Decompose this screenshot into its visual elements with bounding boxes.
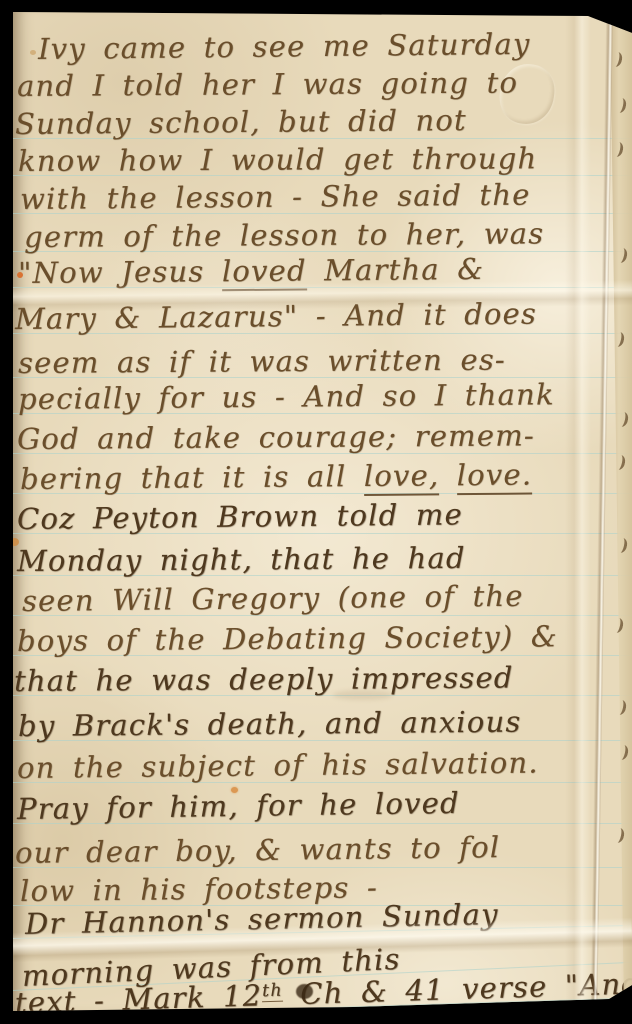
letter-page: Ivy came to see me Saturdayand I told he… <box>13 0 632 1024</box>
letter-text-segment: and I told her I was going to <box>17 66 518 103</box>
ink-smudge <box>333 690 393 700</box>
stain-orange-dot <box>17 272 23 278</box>
letter-text-segment: God and take courage; remem- <box>17 418 535 456</box>
scanned-letter: Ivy came to see me Saturdayand I told he… <box>0 0 632 1024</box>
adjacent-page-edge <box>610 10 632 1016</box>
letter-text-segment: seen Will Gregory (one of the <box>22 579 524 618</box>
letter-line: by Brack's death, and anxious <box>18 706 522 744</box>
underlined-word: loved <box>222 253 307 291</box>
letter-text-segment: know how I would get through <box>18 141 538 178</box>
letter-text-segment: germ of the lesson to her, was <box>24 216 544 254</box>
letter-line: know how I would get through <box>18 142 538 178</box>
letter-text-segment <box>439 458 457 492</box>
letter-text-segment: with the lesson - She said the <box>20 178 531 216</box>
stain-freckle <box>30 50 36 55</box>
letter-line: that he was deeply impressed <box>14 662 514 699</box>
page-fold-edge <box>590 8 613 1013</box>
ink-blot <box>296 984 313 999</box>
letter-line: pecially for us - And so I thank <box>18 378 555 416</box>
letter-text-segment: that he was deeply impressed <box>14 661 514 698</box>
letter-line: germ of the lesson to her, was <box>24 217 544 254</box>
letter-line: bering that it is all love, love. <box>20 459 532 497</box>
letter-line: our dear boy, & wants to fol <box>15 831 501 870</box>
letter-text-segment: on the subject of his salvation. <box>17 746 539 785</box>
letter-text-segment: text - Mark 12 <box>14 978 262 1020</box>
letter-line: Pray for him, for he loved <box>17 787 460 827</box>
letter-line: and I told her I was going to <box>17 67 518 104</box>
letter-text-segment: "Now Jesus <box>18 254 222 290</box>
letter-text-segment: Ivy came to see me Saturday <box>38 27 531 66</box>
stain-orange-dot <box>231 787 238 793</box>
letter-line: Ivy came to see me Saturday <box>38 28 531 66</box>
superscript-text: th <box>262 981 283 1003</box>
letter-text-segment: Monday night, that he had <box>17 541 466 578</box>
letter-line: seen Will Gregory (one of the <box>22 580 524 619</box>
letter-line: on the subject of his salvation. <box>17 747 539 786</box>
letter-text-segment: by Brack's death, and anxious <box>18 705 522 743</box>
letter-text-segment: Martha & <box>307 252 485 288</box>
letter-text-segment: boys of the Debating Society) & <box>17 619 558 658</box>
letter-line: Mary & Lazarus" - And it does <box>15 298 537 337</box>
letter-line: Coz Peyton Brown told me <box>17 498 463 536</box>
letter-text-segment: bering that it is all <box>20 459 364 496</box>
letter-line: "Now Jesus loved Martha & <box>18 253 485 290</box>
letter-line: Monday night, that he had <box>17 542 466 578</box>
letter-line: with the lesson - She said the <box>20 179 531 217</box>
letter-text-segment: our dear boy, & wants to fol <box>15 830 501 870</box>
letter-text-segment: pecially for us - And so I thank <box>18 377 555 416</box>
letter-line: seem as if it was written es- <box>18 344 506 381</box>
letter-text-segment: seem as if it was written es- <box>18 343 506 380</box>
letter-line: boys of the Debating Society) & <box>17 620 558 658</box>
letter-text-segment: Pray for him, for he loved <box>17 786 460 826</box>
letter-line: God and take courage; remem- <box>17 419 535 456</box>
underlined-word: love. <box>457 458 533 496</box>
letter-line: Dr Hannon's sermon Sunday <box>25 898 499 941</box>
letter-line: Sunday school, but did not <box>15 104 467 141</box>
letter-text-segment: Mary & Lazarus" - And it does <box>15 297 537 336</box>
letter-text-segment: Coz Peyton Brown told me <box>17 497 463 536</box>
fold-crease-vertical <box>565 0 591 1024</box>
underlined-word: love, <box>364 458 440 496</box>
letter-text-segment: Sunday school, but did not <box>15 103 467 141</box>
